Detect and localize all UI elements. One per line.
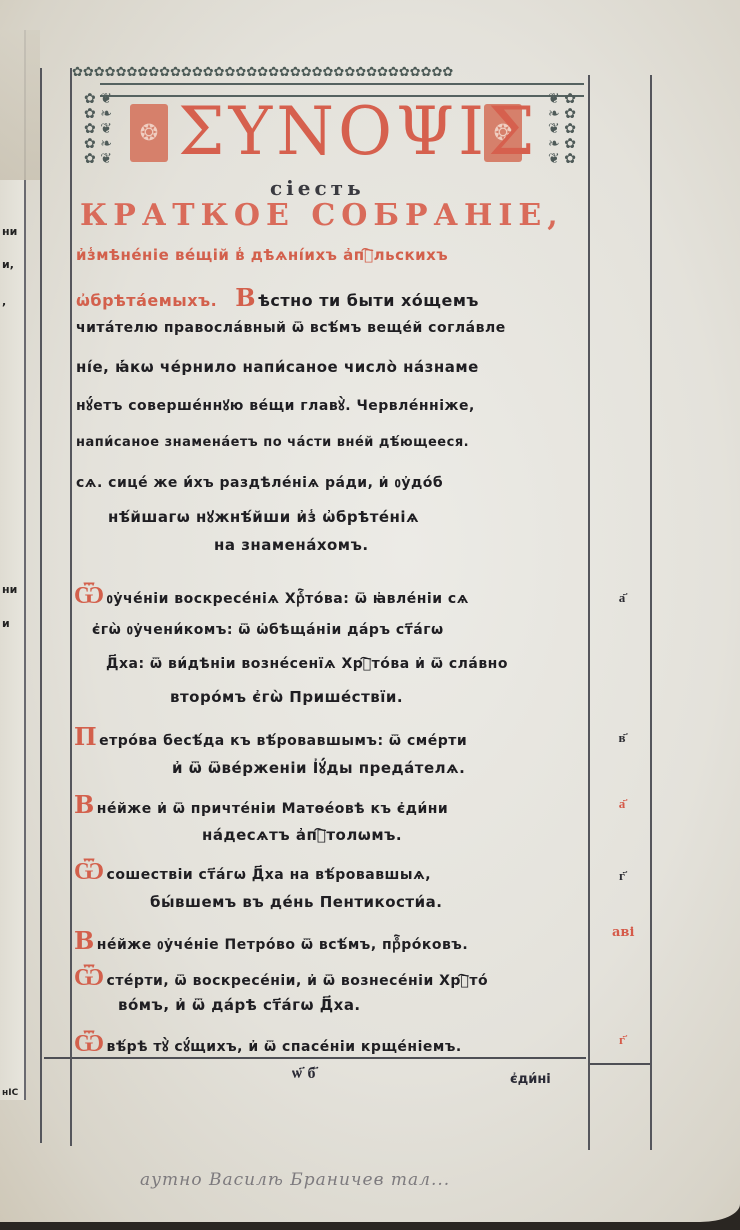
intro-line: ѡ҆брѣта́емыхъ. Вѣстно ти быти хо́щемъ [76,283,479,312]
chapter-number: а҃ [612,590,632,606]
intro-line: на знамена́хомъ. [214,536,369,554]
entry-line: Ѿсте́рти, ѿ воскресе́ніи, и҆ ѿ вознесе́н… [74,962,488,992]
intro-line: и҆з̾мѣне́ніе ве́щій в̾ дѣѧні́ихъ а҆пⷭ҇ль… [76,246,448,264]
outer-right-rule [650,75,652,1150]
prev-page-fragment: и, [2,258,14,271]
prev-page-fragment: , [2,295,6,308]
entry-line: второ́мъ є҆гѡ̀ Прише́ствїи. [170,688,403,706]
ornament-left-icon: ✿ ❦✿ ❧✿ ❦✿ ❧✿ ❦ [74,92,122,172]
intro-line: нѣ́йшагѡ нꙋжнѣ́йши и҆з̾ ѡ҆брѣте́ніѧ [108,507,419,527]
entry-line: Ѿсошествіи ст҃а́гѡ Д҃ха на вѣ́ровавшыѧ, [74,856,431,886]
subtitle-red: КРАТКОЕ СОБРАНІЕ, [80,198,564,233]
red-ornament-block-left: ❂ [130,104,168,162]
intro-line: нꙋ́етъ соверше́ннꙋю ве́щи главꙋ̀. Червле… [76,396,475,415]
chapter-number: г҃ [612,1032,632,1048]
book-page: ни и, , ни и нІС ✿✿✿✿✿✿✿✿✿✿✿✿✿✿✿✿✿✿✿✿✿✿✿… [0,0,740,1222]
entry-line: Петро́ва бесѣ́да къ вѣ́ровавшымъ: ѿ сме́… [74,722,467,751]
initial-letter: Ѿ [74,962,105,992]
intro-line: напи́саное знамена́етъ по ча́сти вне́й д… [76,435,469,450]
subtitle-dark: сіесть [270,176,365,200]
entry-line: Ѿᲂу҆че́ніи воскресе́ніѧ Хрⷭ҇то́ва: ѿ ꙗ҆в… [74,580,469,610]
initial-letter: В [235,283,256,312]
chapter-number: в҃ [612,730,632,746]
initial-letter: Ѿ [74,580,105,610]
handwritten-note: аутно Василѣ Браничев тал... [140,1170,450,1190]
ornament-right-icon: ❦ ✿❧ ✿❦ ✿❧ ✿❦ ✿ [538,92,586,172]
inner-right-rule [588,75,590,1150]
entry-line: є҆гѡ̀ ᲂу҆чени́комъ: ѿ ѡ҆бѣща́ніи да́ръ с… [92,620,444,639]
entry-line: Д҃ха: ѿ ви́дѣніи возне́сенїѧ Хрⷭ҇то́ва и… [106,656,508,672]
entry-line: Ѿвѣ́рѣ тꙋ̀ сꙋ́щихъ, и҆ ѿ спасе́ніи крще́… [74,1028,462,1058]
left-frame-rule [70,68,72,1146]
prev-page-fragment: ни [2,225,17,238]
initial-letter: П [74,722,97,751]
prev-page-fragment: и [2,617,10,630]
chapter-number: а҃ [612,796,632,812]
gutter-rule [40,68,42,1143]
entry-line: и҆ ѿ ѿве́рженіи І҆ꙋ́ды преда́телѧ. [172,758,465,778]
intro-line: чита́телю правосла́вный ѿ всѣ́мъ веще́й … [76,320,506,336]
signature-mark: ѡ҃ б҃ [292,1063,315,1083]
chapter-number: г҃ [612,868,632,884]
entry-line: Вне́йже ᲂу҆че́ніе Петро́во ѿ всѣ́мъ, прⷪ… [74,926,468,955]
margin-bottom-rule [590,1063,650,1065]
initial-letter: В [74,926,95,955]
prev-page-fragment: нІС [2,1088,18,1098]
entry-line: на́десѧтъ а҆пⷭ҇толѡмъ. [202,826,402,844]
previous-page-edge [0,30,26,1100]
page-title: ΣΥΝΟΨΙΣ [178,96,478,168]
entry-line: бы́вшемъ въ де́нь Пентикости́а. [150,893,442,911]
initial-letter: Ѿ [74,1028,105,1058]
intro-line: ні́е, ꙗ҆́кѡ че́рнило напи́саное число̀ н… [76,358,479,376]
catchword: є҆ди́ні [510,1072,551,1087]
chapter-number: аві [612,926,632,940]
ornamental-border-top: ✿✿✿✿✿✿✿✿✿✿✿✿✿✿✿✿✿✿✿✿✿✿✿✿✿✿✿✿✿✿✿✿✿✿✿ [72,58,586,86]
entry-line: во́мъ, и҆ ѿ да́рѣ ст҃а́гѡ Д҃ха. [118,996,361,1014]
intro-line: сѧ. сице́ же и҆́хъ раздѣле́ніѧ ра́ди, и҆… [76,473,443,492]
entry-line: Вне́йже и҆ ѿ причте́ніи Матѳе́овѣ къ є҆д… [74,790,448,819]
paper-flap [0,30,40,180]
initial-letter: В [74,790,95,819]
initial-letter: Ѿ [74,856,105,886]
prev-page-fragment: ни [2,583,17,596]
gutter-tick [44,1057,70,1059]
